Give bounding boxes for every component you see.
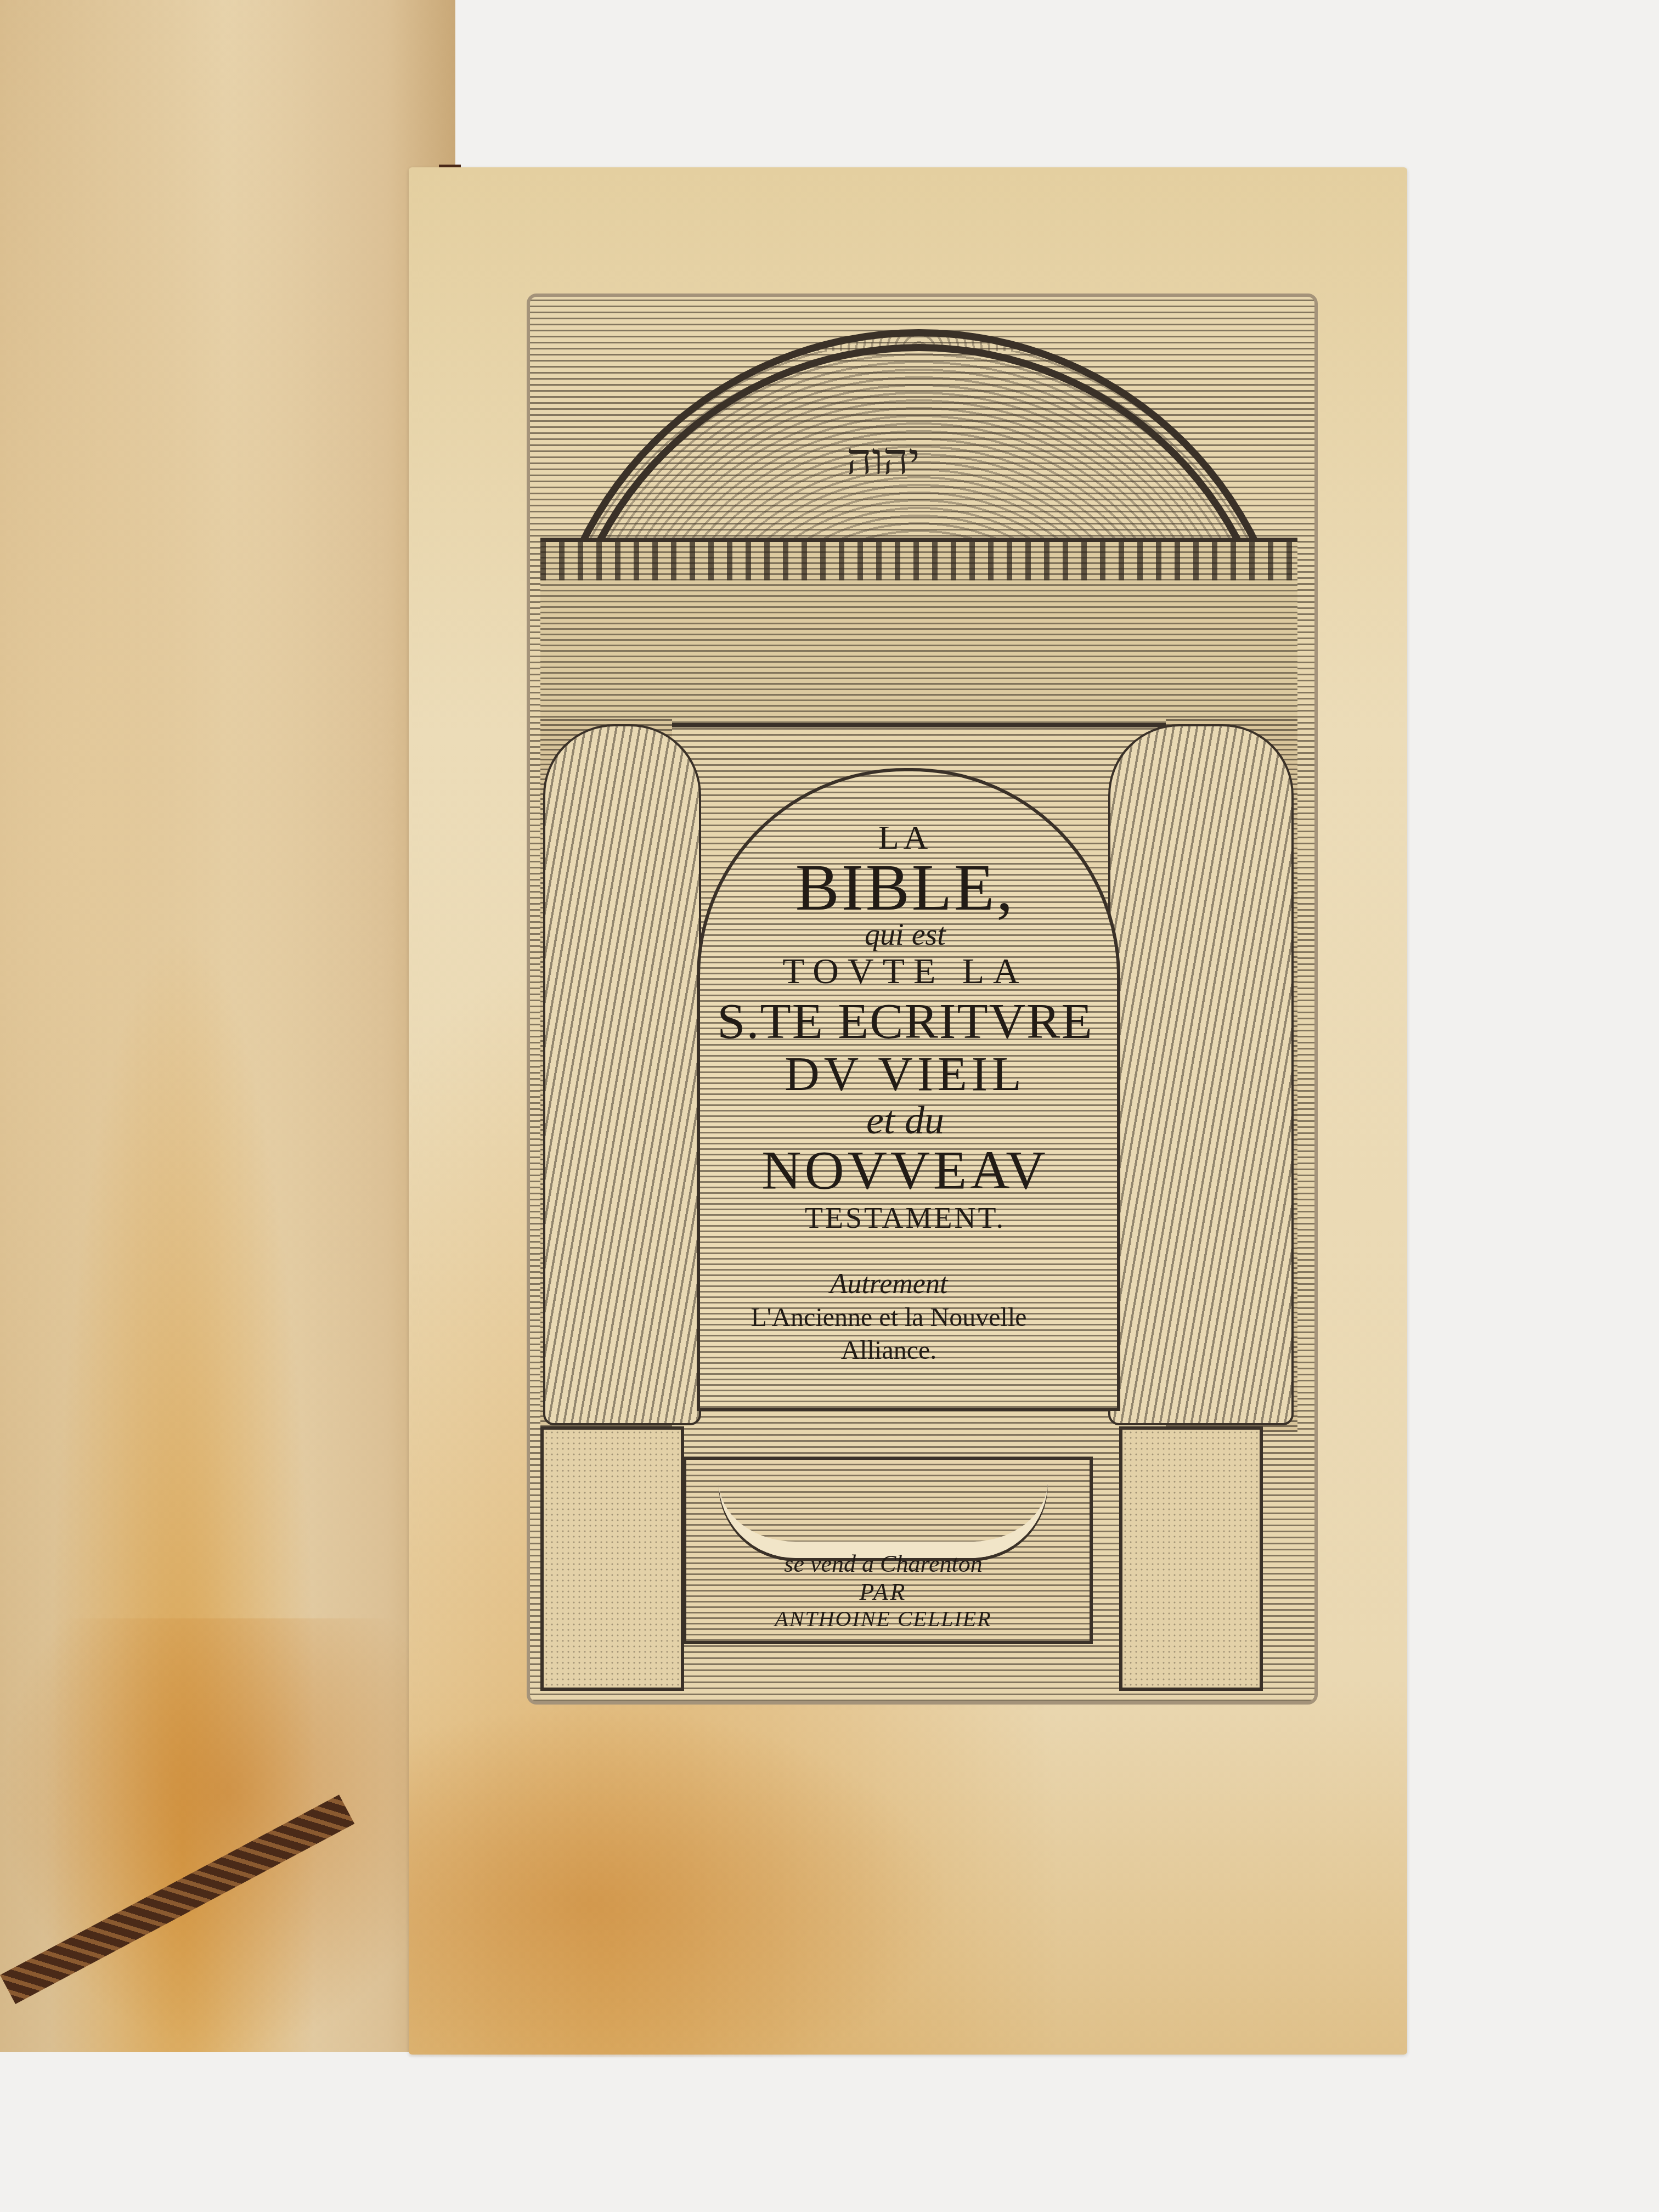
subtitle-line: Alliance.	[680, 1334, 1097, 1367]
subtitle-line: Autrement	[680, 1267, 1097, 1301]
title-line: NOVVEAV	[680, 1139, 1130, 1201]
title-line: S.TE ECRITVRE	[680, 994, 1130, 1048]
left-pedestal	[540, 1426, 684, 1691]
publisher-name: ANTHOINE CELLIER	[691, 1606, 1075, 1632]
imprint-line: se vend a Charenton	[691, 1550, 1075, 1578]
title-text: LA BIBLE, qui est TOVTE LA S.TE ECRITVRE…	[680, 820, 1130, 1235]
title-bible: BIBLE,	[680, 855, 1130, 920]
water-stain-right	[409, 1673, 1012, 2057]
right-pedestal	[1119, 1426, 1263, 1691]
water-stain-left	[0, 1618, 455, 2052]
cornice-frieze	[540, 538, 1297, 727]
drapery-swag	[719, 1481, 1048, 1558]
title-line: TOVTE LA	[680, 950, 1130, 994]
title-line: TESTAMENT.	[680, 1201, 1130, 1235]
subtitle-line: L'Ancienne et la Nouvelle	[680, 1301, 1097, 1334]
title-line: qui est	[680, 920, 1130, 950]
subtitle-text: Autrement L'Ancienne et la Nouvelle Alli…	[680, 1267, 1097, 1367]
allegorical-figure-left	[543, 724, 701, 1425]
title-line: DV VIEIL	[680, 1048, 1130, 1101]
allegorical-figure-right-with-child	[1108, 724, 1294, 1425]
title-line: LA	[680, 820, 1130, 855]
imprint-line: PAR	[691, 1578, 1075, 1606]
title-line: et du	[680, 1101, 1130, 1139]
hebrew-divine-name: יהוה	[741, 433, 1026, 485]
imprint-text: se vend a Charenton PAR ANTHOINE CELLIER	[691, 1550, 1075, 1632]
